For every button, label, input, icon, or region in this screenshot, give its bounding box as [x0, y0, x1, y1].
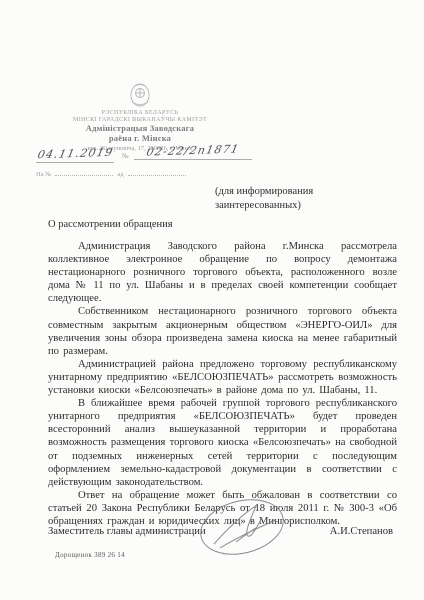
- letter-body: Администрация Заводского района г.Минска…: [48, 240, 397, 528]
- paragraph: В ближайшее время рабочей группой торгов…: [48, 397, 397, 489]
- paragraph: Ответ на обращение может быть обжалован …: [48, 489, 397, 528]
- paragraph: Администрацией района предложено торгово…: [48, 358, 397, 397]
- signer-position: Заместитель главы администрации: [48, 526, 206, 537]
- signer-name: А.И.Степанов: [330, 526, 393, 537]
- paragraph: Собственником нестационарного розничного…: [48, 305, 397, 357]
- addressee-note-line1: (для информирования: [215, 185, 365, 199]
- paragraph: Администрация Заводского района г.Минска…: [48, 240, 397, 305]
- handwritten-date: 04.11.2019: [36, 146, 114, 162]
- subject-line: О рассмотрении обращения: [48, 219, 173, 230]
- registration-row: 04.11.2019 № 02-22/2п1871: [34, 144, 264, 164]
- handwritten-number: 02-22/2п1871: [145, 142, 240, 158]
- ref-right-label: ад: [117, 171, 123, 178]
- executor-footer: Дорощенок 389 26 14: [55, 551, 125, 559]
- letterhead-country: РЭСПУБЛІКА БЕЛАРУСЬ: [40, 110, 240, 117]
- coat-of-arms-icon: [127, 82, 153, 108]
- registration-date-field: 04.11.2019: [36, 144, 114, 163]
- addressee-note-line2: заинтересованных): [215, 199, 365, 213]
- addressee-note: (для информирования заинтересованных): [215, 185, 365, 213]
- scanned-letter-page: РЭСПУБЛІКА БЕЛАРУСЬ МІНСКІ ГАРАДСКІ ВЫКА…: [0, 0, 424, 600]
- number-sign-label: №: [122, 152, 129, 160]
- ref-left-blank: [55, 168, 113, 176]
- registration-number-field: 02-22/2п1871: [134, 141, 252, 160]
- reference-row: На №ад: [36, 168, 256, 178]
- ref-right-blank: [128, 168, 186, 176]
- ref-left-label: На №: [36, 171, 51, 178]
